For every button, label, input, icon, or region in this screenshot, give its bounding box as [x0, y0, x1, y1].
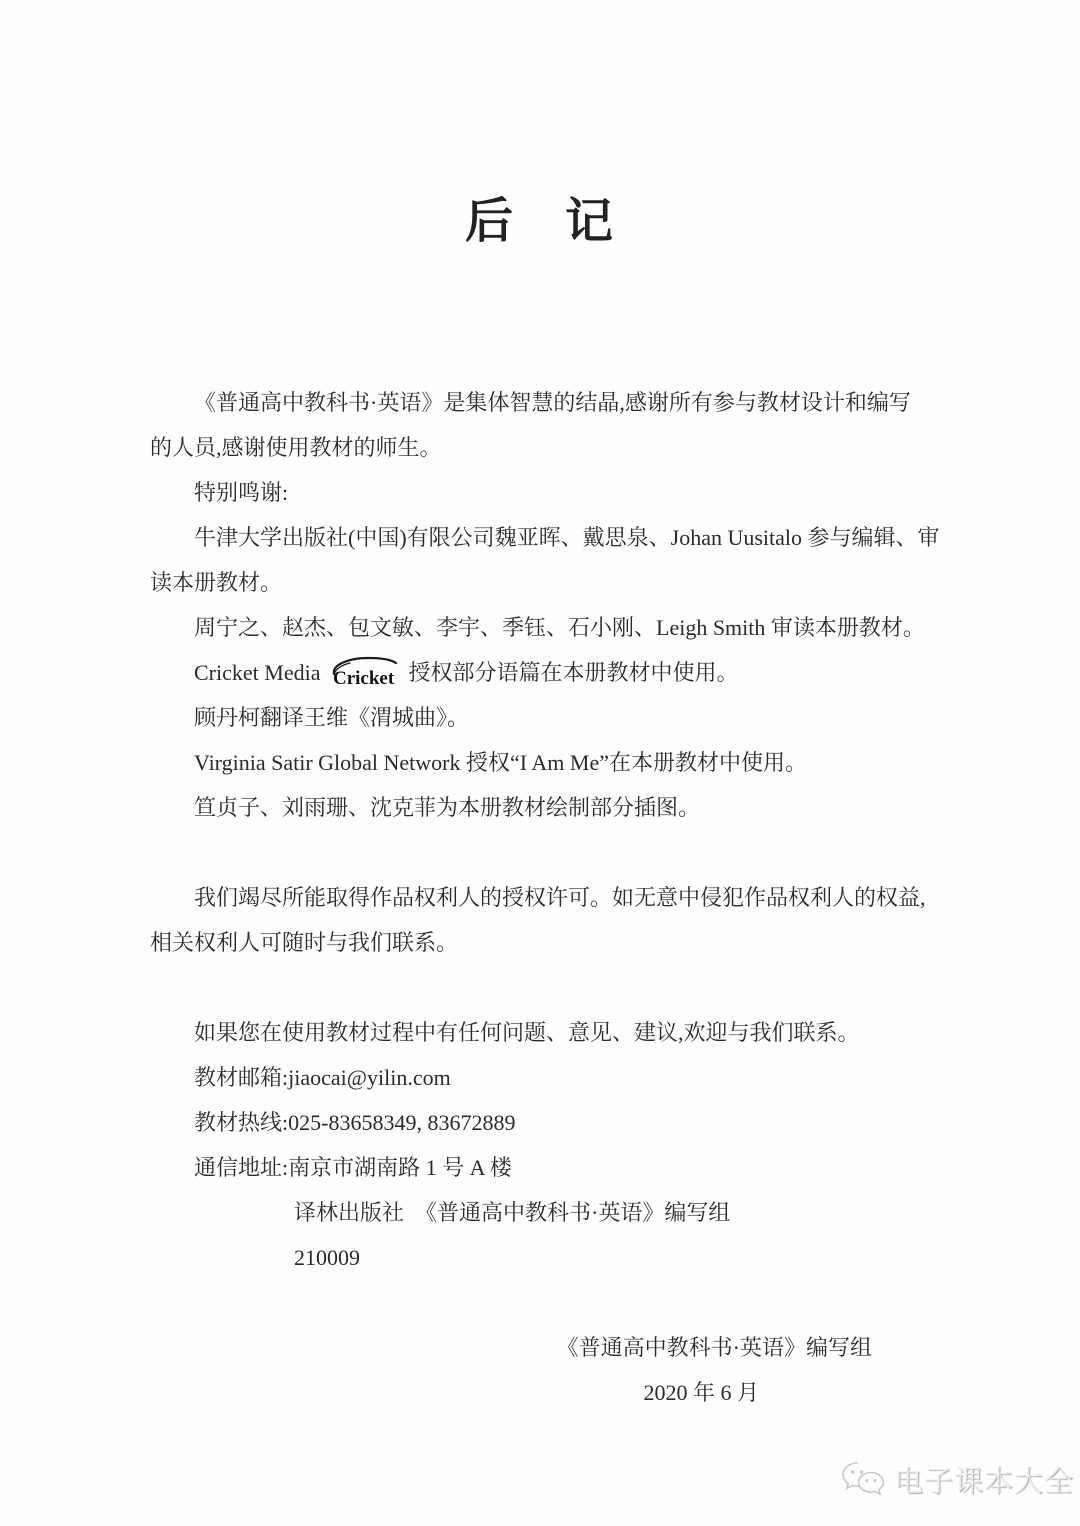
watermark-label: 电子课本大全 — [894, 1459, 1074, 1500]
signature-group-line: 《普通高中教科书·英语》编写组 — [150, 1325, 922, 1370]
translation-credit-line: 顾丹柯翻译王维《渭城曲》。 — [150, 695, 922, 740]
oxford-credit-line-1: 牛津大学出版社(中国)有限公司魏亚晖、戴思泉、Johan Uusitalo 参与… — [150, 515, 922, 560]
email-line: 教材邮箱:jiaocai@yilin.com — [150, 1055, 922, 1100]
address-line: 通信地址:南京市湖南路 1 号 A 楼 — [150, 1145, 922, 1190]
cricket-credit-line: Cricket MediaCricket授权部分语篇在本册教材中使用。 — [150, 650, 922, 695]
postcode-line: 210009 — [150, 1235, 922, 1280]
rights-notice-line-2: 相关权利人可随时与我们联系。 — [150, 920, 922, 965]
oxford-credit-line-2: 读本册教材。 — [150, 560, 922, 605]
signature-date-line: 2020 年 6 月 — [150, 1370, 922, 1415]
hotline-line: 教材热线:025-83658349, 83672889 — [150, 1100, 922, 1145]
cricket-line-prefix: Cricket Media — [194, 660, 320, 685]
spacer — [150, 830, 922, 875]
intro-line-2: 的人员,感谢使用教材的师生。 — [150, 425, 922, 470]
book-page: 后 记 《普通高中教科书·英语》是集体智慧的结晶,感谢所有参与教材设计和编写 的… — [0, 0, 1080, 1526]
spacer — [150, 965, 922, 1010]
cricket-media-logo-icon: Cricket — [326, 650, 402, 695]
cricket-line-suffix: 授权部分语篇在本册教材中使用。 — [408, 660, 738, 685]
rights-notice-line-1: 我们竭尽所能取得作品权利人的授权许可。如无意中侵犯作品权利人的权益, — [150, 875, 922, 920]
satir-credit-line: Virginia Satir Global Network 授权“I Am Me… — [150, 740, 922, 785]
illustrators-credit-line: 笪贞子、刘雨珊、沈克菲为本册教材绘制部分插图。 — [150, 785, 922, 830]
reviewers-line: 周宁之、赵杰、包文敏、李宇、季钰、石小刚、Leigh Smith 审读本册教材。 — [150, 605, 922, 650]
publisher-line: 译林出版社 《普通高中教科书·英语》编写组 — [150, 1190, 922, 1235]
special-thanks-heading: 特别鸣谢: — [150, 470, 922, 515]
page-title: 后 记 — [0, 182, 1080, 251]
spacer — [150, 1280, 922, 1325]
watermark: 电子课本大全 — [840, 1459, 1074, 1500]
intro-line-1: 《普通高中教科书·英语》是集体智慧的结晶,感谢所有参与教材设计和编写 — [150, 380, 922, 425]
contact-intro-line: 如果您在使用教材过程中有任何问题、意见、建议,欢迎与我们联系。 — [150, 1010, 922, 1055]
cricket-logo-wordmark: Cricket — [333, 668, 395, 689]
wechat-icon — [840, 1460, 886, 1500]
body-text: 《普通高中教科书·英语》是集体智慧的结晶,感谢所有参与教材设计和编写 的人员,感… — [150, 380, 922, 1415]
